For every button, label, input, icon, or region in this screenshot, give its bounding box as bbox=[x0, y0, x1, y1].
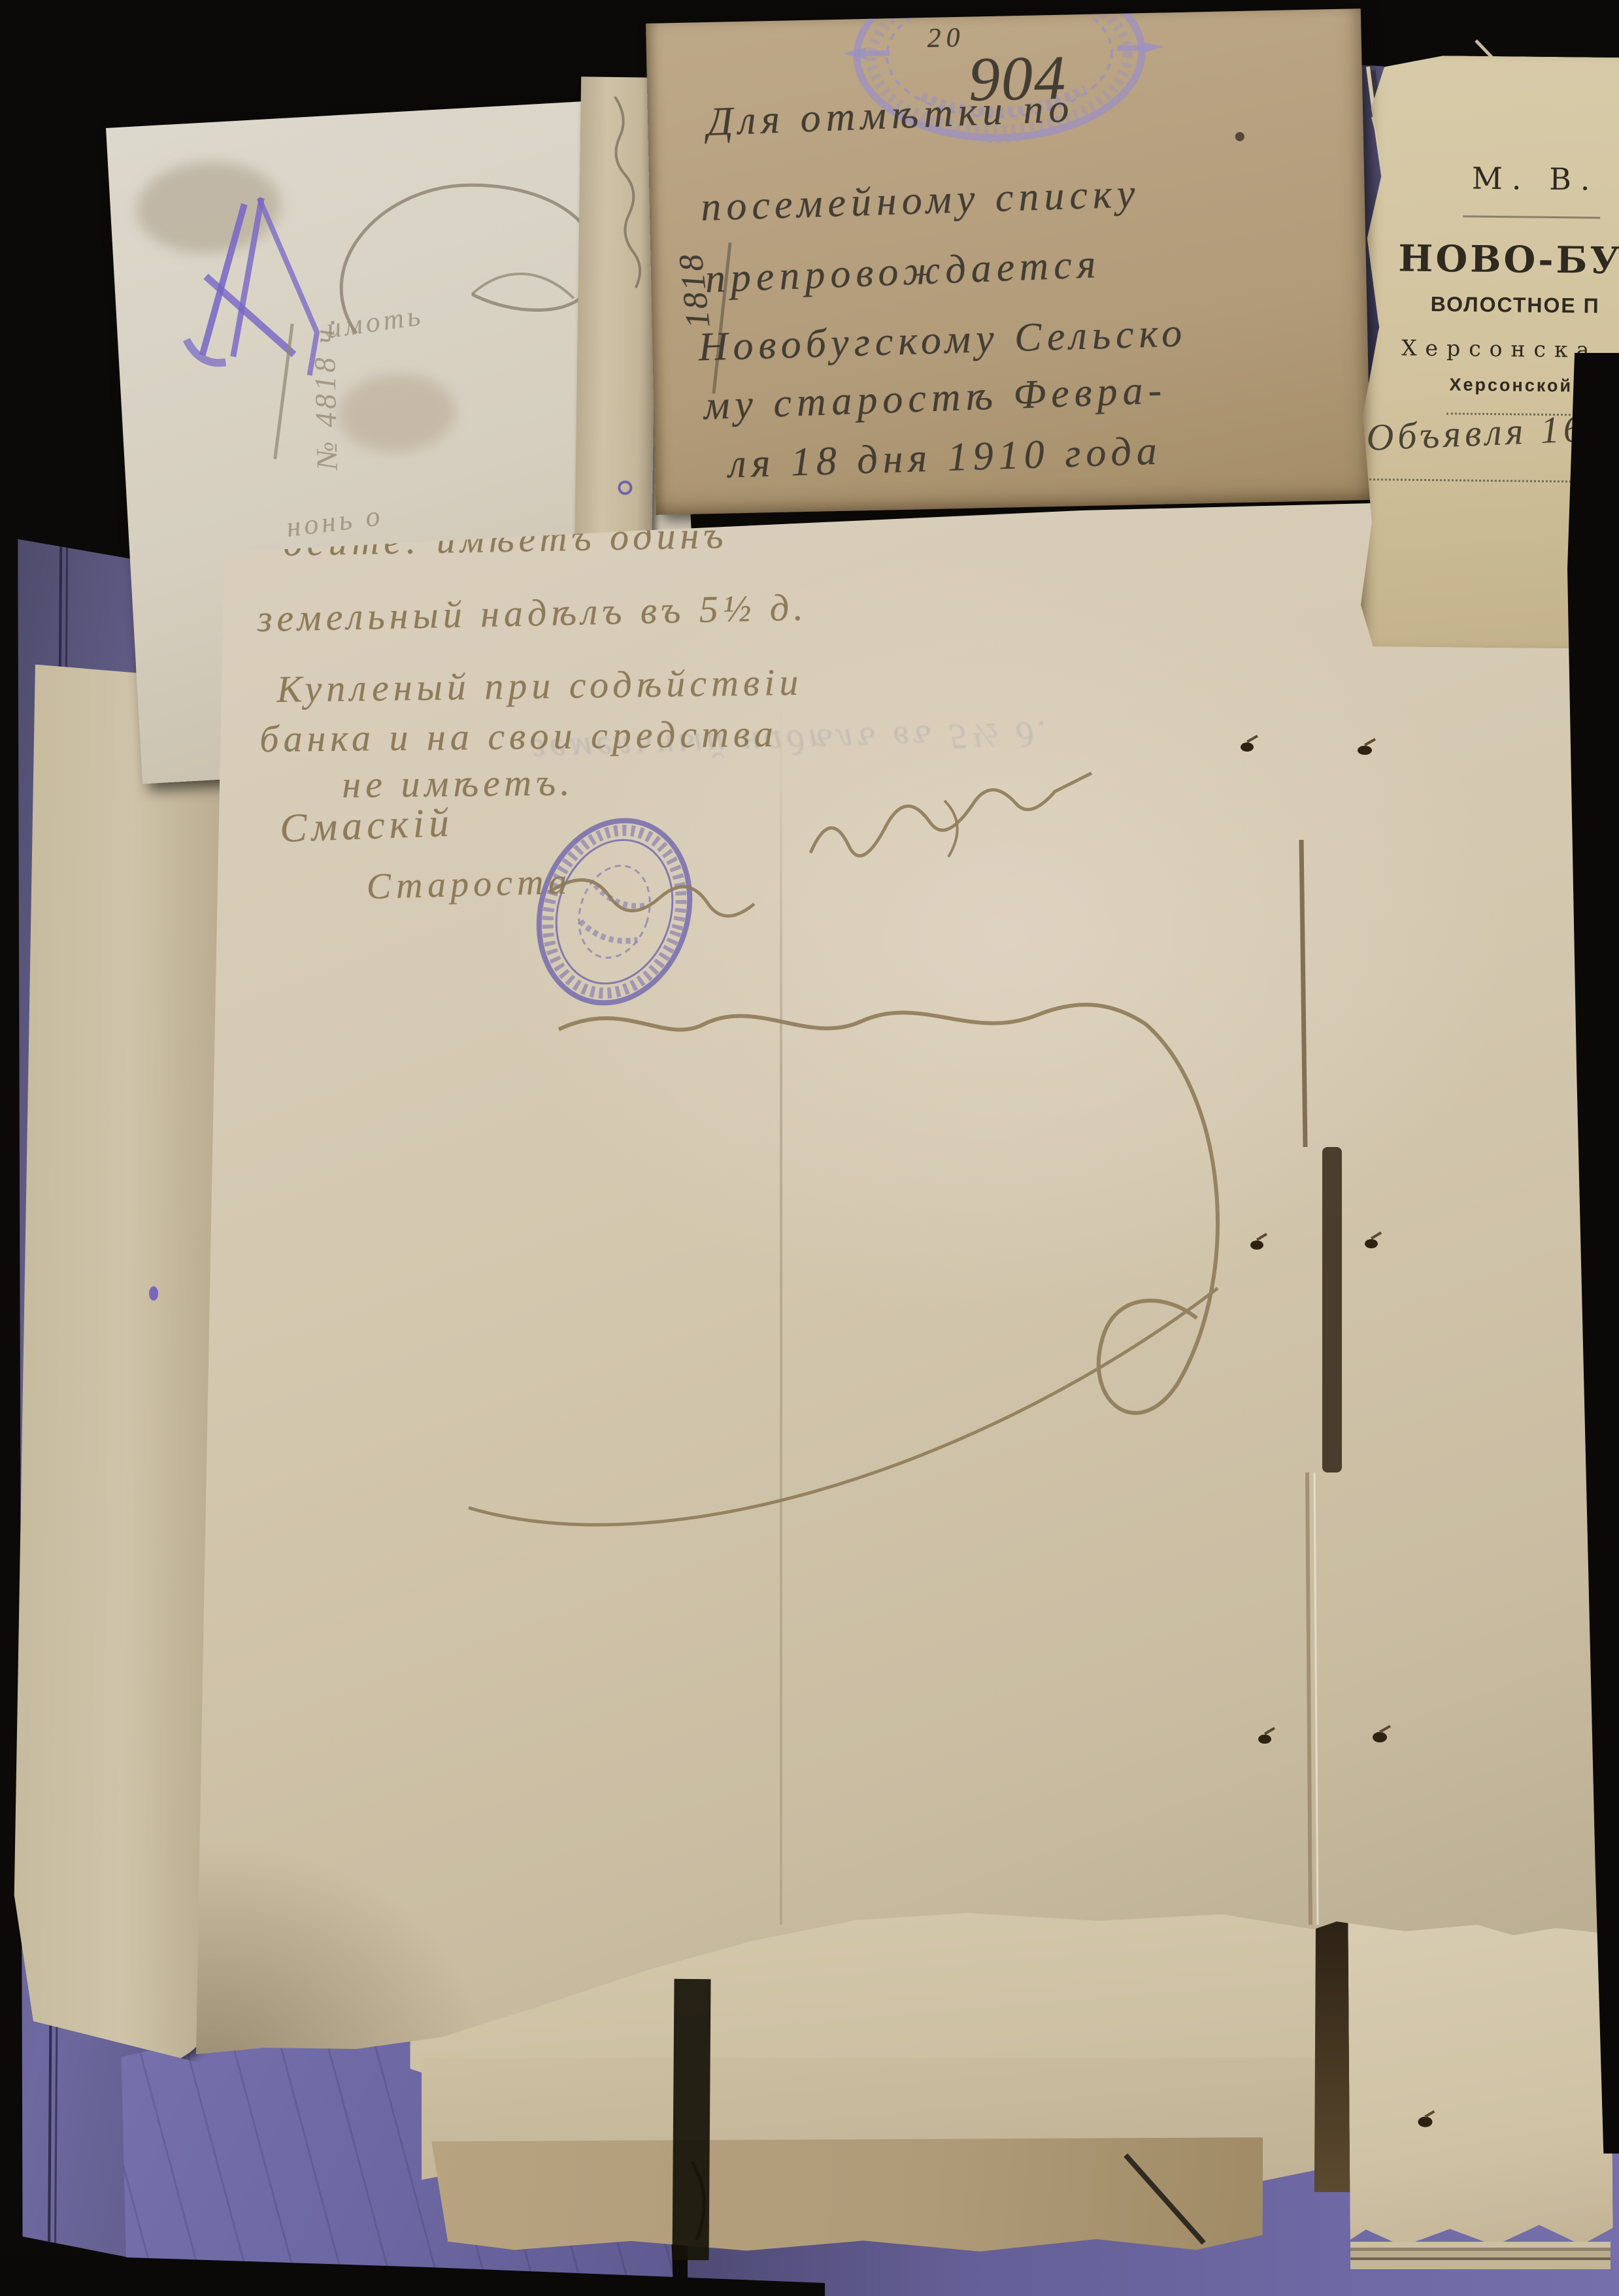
crease-line-lower bbox=[1307, 1472, 1310, 1925]
datestamp-left-arrow-shaft bbox=[866, 50, 890, 56]
stamp-inner-ring bbox=[539, 825, 691, 999]
letterhead-volost-board: ВОЛОСТНОЕ П bbox=[1431, 292, 1600, 318]
pin-hole-tears bbox=[1247, 736, 1390, 1734]
pin-holes bbox=[1241, 742, 1387, 1744]
paper-stain bbox=[134, 158, 282, 257]
letterhead-county: Херсонской bbox=[1449, 374, 1573, 396]
memo-line-3: препровождается bbox=[704, 241, 1101, 303]
narrow-strip-paper bbox=[575, 76, 658, 560]
stacked-page-edges bbox=[1350, 2242, 1611, 2269]
stamp-center-device bbox=[567, 856, 661, 967]
archive-photo-stage: имоть нонь о Солодовн № 4818 ч. bbox=[0, 0, 1619, 2296]
violet-pencil-blob bbox=[186, 337, 225, 365]
violet-ink-dot bbox=[149, 1286, 158, 1301]
signature-1-flourish bbox=[810, 773, 1092, 856]
small-violet-mark bbox=[619, 482, 631, 493]
memo-line-2: посемейному списку bbox=[700, 171, 1141, 231]
stamp-center-text bbox=[578, 884, 650, 948]
stamp-ring-text bbox=[527, 813, 702, 1011]
pencil-underline bbox=[267, 324, 299, 459]
elder-cursive-word bbox=[549, 880, 754, 916]
main-line-3: Купленый при содѣйствіи bbox=[276, 660, 803, 711]
official-word-2: Староста bbox=[366, 861, 572, 908]
sideways-scribble bbox=[612, 97, 643, 288]
pin-hole-tear bbox=[1425, 2111, 1434, 2116]
folded-paper-stack-front bbox=[8, 664, 227, 2065]
signature-1-tail bbox=[944, 801, 958, 857]
paper-stain bbox=[336, 371, 458, 456]
crease-line bbox=[1301, 840, 1305, 1147]
memo-line-4: Новобугскому Сельско bbox=[698, 310, 1188, 371]
corner-number-small: 20 bbox=[927, 22, 965, 54]
volost-elder-stamp bbox=[516, 801, 713, 1022]
pin-hole bbox=[1418, 2117, 1432, 2127]
small-hole bbox=[1235, 132, 1244, 141]
right-sheet-hole bbox=[1348, 1906, 1613, 2247]
stamp-outer-ring bbox=[516, 801, 713, 1022]
crease-highlight bbox=[1314, 1472, 1318, 1925]
shadow-gap bbox=[672, 1979, 710, 2260]
memo-note-paper: 20 904 1818 Для отмѣтки по посемейному с… bbox=[646, 8, 1371, 515]
bottom-right-sheet bbox=[1348, 1906, 1613, 2247]
main-line-4: банка и на свои средства bbox=[259, 712, 778, 761]
main-line-2: земельный надѣлъ въ 5½ д. bbox=[257, 585, 808, 641]
ink-diagonal-stroke bbox=[1126, 2155, 1204, 2242]
pencil-flourish-tail bbox=[471, 271, 574, 304]
clerk-signature-flourish bbox=[559, 1005, 1146, 1029]
torn-slot bbox=[1322, 1147, 1342, 1472]
letterhead-volost-name: НОВО-БУ bbox=[1398, 237, 1619, 283]
strip-scribble bbox=[575, 76, 658, 560]
violet-pencil-stroke bbox=[206, 272, 294, 359]
letterhead-handwritten-date: Объявля 16 bbox=[1365, 407, 1587, 459]
main-handwritten-sheet: земельный надѣлъ въ 5½ д. осите: имѣетъ … bbox=[167, 435, 1612, 2101]
pencil-word-2: нонь о bbox=[284, 499, 385, 544]
memo-line-5: му старостѣ Февра- bbox=[703, 367, 1168, 430]
letterhead-ministry-abbrev: М. В. bbox=[1471, 161, 1599, 197]
letterhead-rule bbox=[1463, 216, 1600, 219]
datestamp-left-arrow bbox=[843, 48, 866, 60]
torn-gap-between-sheets bbox=[1314, 1910, 1352, 2192]
memo-line-6: ля 18 дня 1910 года bbox=[727, 428, 1162, 488]
bottom-tan-sheet bbox=[431, 2135, 1263, 2254]
clerk-signature-loop bbox=[1099, 1024, 1218, 1413]
datestamp-right-arrow bbox=[1141, 41, 1164, 54]
official-word-1: Смаскій bbox=[279, 800, 454, 852]
datestamp-right-arrow-shaft bbox=[1117, 45, 1141, 51]
tan-sheet-marks bbox=[431, 2135, 1263, 2254]
letterhead-province: Херсонска bbox=[1401, 335, 1598, 363]
main-line-5: не имѣетъ. bbox=[342, 760, 575, 807]
center-fold-line bbox=[780, 709, 782, 1925]
pencil-side-number: № 4818 ч. bbox=[307, 315, 344, 471]
memo-line-1: Для отмѣтки по bbox=[706, 86, 1075, 146]
